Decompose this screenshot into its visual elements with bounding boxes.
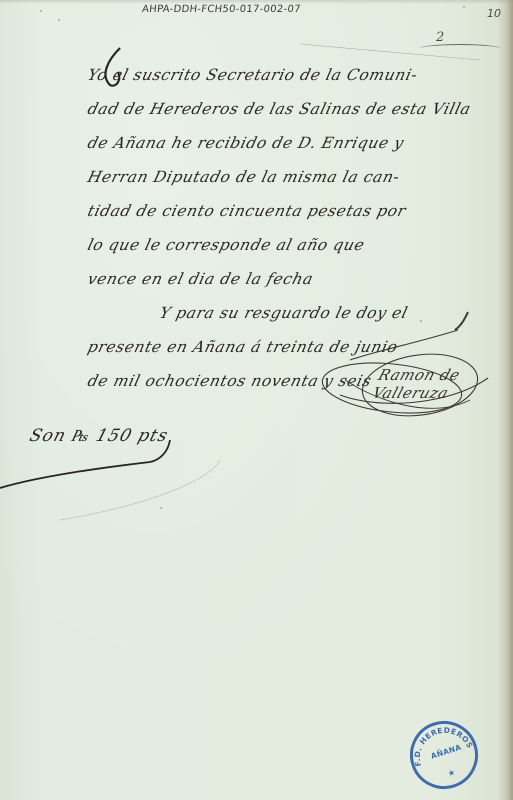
page-number-flourish (420, 44, 500, 53)
signature: Ramon de Valleruza (370, 366, 513, 402)
manuscript-line: vence en el dia de la fecha (84, 262, 492, 296)
paper-speck (463, 6, 465, 8)
svg-text:F.D. HEREDEROS SALINAS: F.D. HEREDEROS SALINAS (397, 708, 475, 770)
manuscript-line: de Añana he recibido de D. Enrique y (84, 126, 492, 160)
document-page: AHPA-DDH-FCH50-017-002-07 10 2 Yo el sus… (0, 0, 513, 800)
paper-speck (58, 19, 60, 21)
folio-number: 10 (487, 7, 501, 20)
stamp-ring-text: F.D. HEREDEROS SALINAS (397, 708, 475, 770)
paper-speck (40, 10, 42, 12)
manuscript-line: presente en Añana á treinta de junio (84, 330, 492, 364)
margin-annotation: Son ₧ 150 pts (27, 426, 171, 446)
archive-reference: AHPA-DDH-FCH50-017-002-07 (141, 4, 301, 15)
manuscript-line: Yo el suscrito Secretario de la Comuni- (84, 58, 492, 92)
paper-speck (160, 507, 162, 509)
manuscript-body: Yo el suscrito Secretario de la Comuni- … (88, 58, 488, 398)
manuscript-line: Herran Diputado de la misma la can- (84, 160, 492, 194)
manuscript-line: lo que le corresponde al año que (84, 228, 492, 262)
manuscript-line: dad de Herederos de las Salinas de esta … (84, 92, 492, 126)
paper-right-edge (507, 0, 513, 800)
manuscript-line: Y para su resguardo le doy el (84, 296, 492, 330)
archive-stamp: F.D. HEREDEROS SALINAS AÑANA ★ (401, 712, 487, 798)
manuscript-line: tidad de ciento cincuenta pesetas por (84, 194, 492, 228)
page-number: 2 (436, 30, 444, 45)
